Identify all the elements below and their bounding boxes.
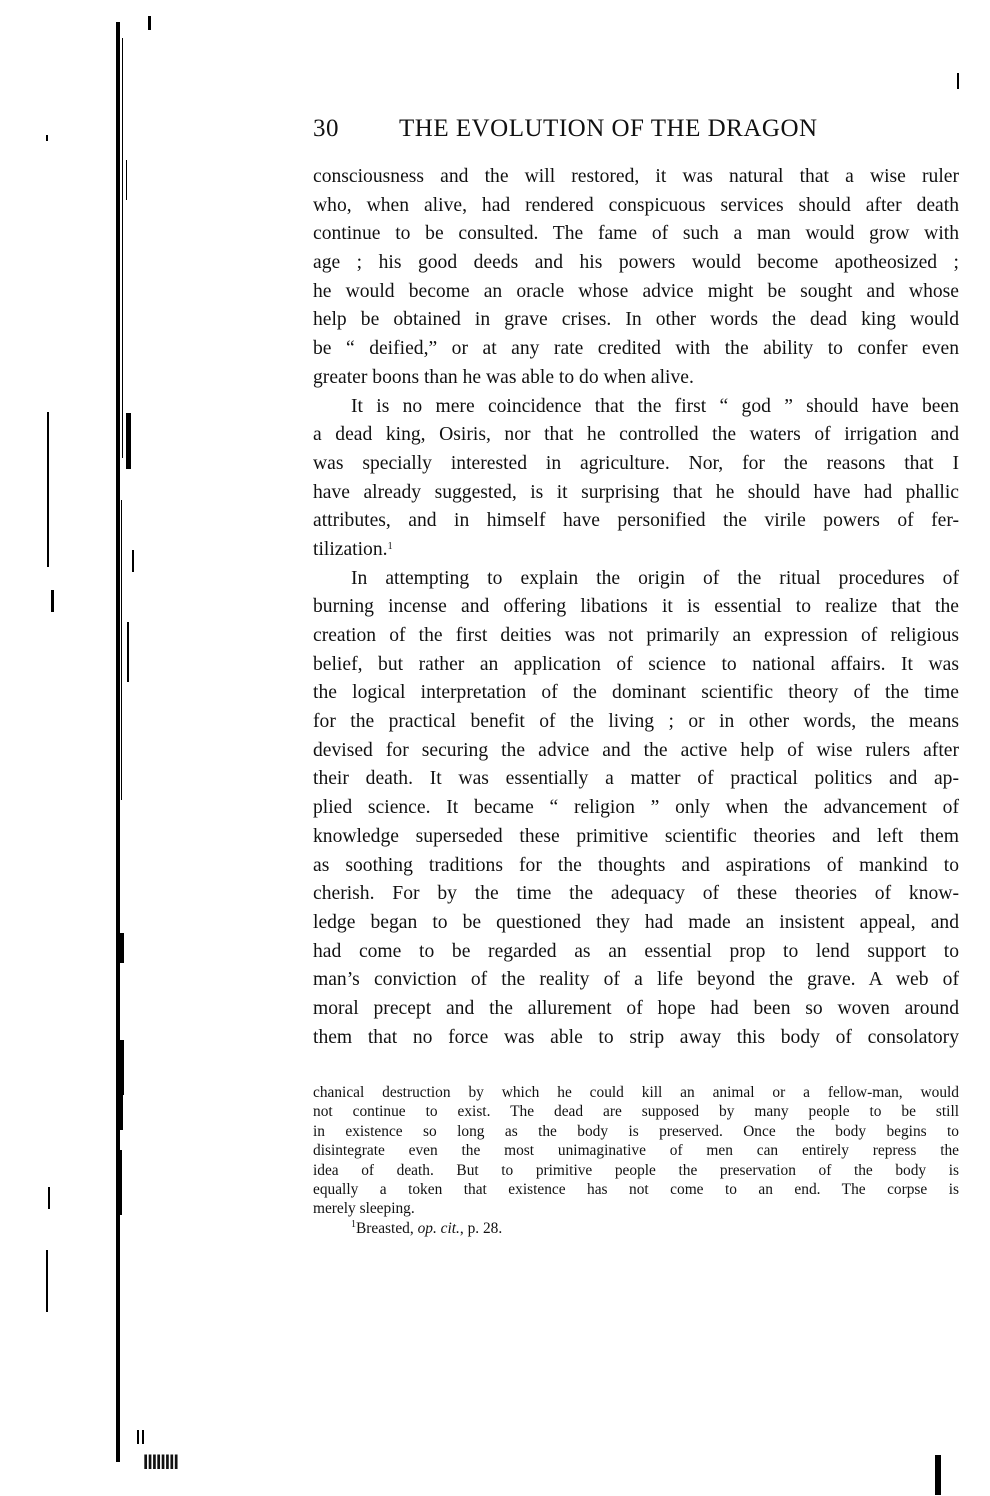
margin-speck: [46, 1250, 48, 1312]
text-line: as soothing traditions for the thoughts …: [313, 852, 959, 881]
line-text: was specially interested in agriculture.…: [313, 453, 959, 474]
line-text: cherish. For by the time the adequacy of…: [313, 883, 959, 904]
text-line: who, when alive, had rendered conspicuou…: [313, 192, 959, 221]
footnote-1: 1Breasted, op. cit., p. 28.: [313, 1219, 959, 1238]
text-line: for the practical benefit of the living …: [313, 708, 959, 737]
body-text: consciousness and the will restored, it …: [313, 163, 959, 1052]
footnote-line: disintegrate even the most unimaginative…: [313, 1141, 959, 1160]
footnote-reference[interactable]: 1: [388, 541, 393, 552]
text-line: tilization.1: [313, 536, 959, 565]
text-line: continue to be consulted. The fame of su…: [313, 220, 959, 249]
binding-edge-mark: [120, 933, 124, 963]
line-text: attributes, and in himself have personif…: [313, 510, 959, 531]
line-text: their death. It was essentially a matter…: [313, 768, 959, 789]
text-line: had come to be regarded as an essential …: [313, 938, 959, 967]
text-line: their death. It was essentially a matter…: [313, 765, 959, 794]
margin-speck: [148, 16, 151, 30]
footnote-line: in existence so long as the body is pres…: [313, 1122, 959, 1141]
binding-edge-mark: [132, 550, 134, 572]
footnote-line: idea of death. But to primitive people t…: [313, 1161, 959, 1180]
binding-edge-line-inner: [122, 38, 123, 458]
text-line: was specially interested in agriculture.…: [313, 450, 959, 479]
text-line: moral precept and the allurement of hope…: [313, 995, 959, 1024]
line-text: who, when alive, had rendered conspicuou…: [313, 195, 959, 216]
binding-edge-mark: [126, 413, 131, 469]
line-text: the logical interpretation of the domina…: [313, 682, 959, 703]
text-line: them that no force was able to strip awa…: [313, 1024, 959, 1053]
text-line: burning incense and offering libations i…: [313, 593, 959, 622]
footnotes: chanical destruction by which he could k…: [313, 1083, 959, 1238]
text-line: attributes, and in himself have personif…: [313, 507, 959, 536]
binding-edge-mark: [118, 1150, 122, 1215]
text-line: have already suggested, is it surprising…: [313, 479, 959, 508]
line-text: belief, but rather an application of sci…: [313, 654, 959, 675]
line-text: plied science. It became “ religion ” on…: [313, 797, 959, 818]
library-stamp: IIIIIIII: [143, 1451, 178, 1474]
margin-speck: [51, 590, 54, 612]
scanned-book-page: 30 THE EVOLUTION OF THE DRAGON conscious…: [0, 0, 990, 1496]
text-line: plied science. It became “ religion ” on…: [313, 794, 959, 823]
margin-speck: [47, 412, 49, 567]
text-line: In attempting to explain the origin of t…: [313, 565, 959, 594]
line-text: consciousness and the will restored, it …: [313, 166, 959, 187]
text-line: ledge began to be questioned they had ma…: [313, 909, 959, 938]
line-text: In attempting to explain the origin of t…: [351, 568, 959, 589]
text-line: age ; his good deeds and his powers woul…: [313, 249, 959, 278]
binding-edge-mark: [120, 1040, 124, 1095]
line-text: had come to be regarded as an essential …: [313, 941, 959, 962]
line-text: be “ deified,” or at any rate credited w…: [313, 338, 959, 359]
line-text: a dead king, Osiris, nor that he control…: [313, 424, 959, 445]
binding-edge-line-inner: [126, 160, 127, 200]
binding-edge-line-inner: [121, 500, 122, 800]
binding-edge-mark: [120, 1095, 123, 1130]
text-line: consciousness and the will restored, it …: [313, 163, 959, 192]
margin-speck: [46, 135, 48, 141]
text-line: the logical interpretation of the domina…: [313, 679, 959, 708]
line-text: knowledge superseded these primitive sci…: [313, 826, 959, 847]
footnote-citation: op. cit.: [418, 1220, 460, 1237]
running-header: 30 THE EVOLUTION OF THE DRAGON: [313, 115, 913, 149]
text-line: man’s conviction of the reality of a lif…: [313, 966, 959, 995]
text-line: he would become an oracle whose advice m…: [313, 278, 959, 307]
text-line: belief, but rather an application of sci…: [313, 651, 959, 680]
line-text: help be obtained in grave crises. In oth…: [313, 309, 959, 330]
line-text: greater boons than he was able to do whe…: [313, 367, 694, 388]
line-text: he would become an oracle whose advice m…: [313, 281, 959, 302]
text-line: knowledge superseded these primitive sci…: [313, 823, 959, 852]
footnote-line: equally a token that existence has not c…: [313, 1180, 959, 1199]
line-text: continue to be consulted. The fame of su…: [313, 223, 959, 244]
line-text: creation of the first deities was not pr…: [313, 625, 959, 646]
text-line: a dead king, Osiris, nor that he control…: [313, 421, 959, 450]
line-text: It is no mere coincidence that the first…: [351, 396, 959, 417]
footnote-continuation: chanical destruction by which he could k…: [313, 1083, 959, 1219]
margin-speck: [48, 1187, 50, 1209]
footnote-line: not continue to exist. The dead are supp…: [313, 1102, 959, 1121]
page-number: 30: [313, 115, 339, 143]
line-text: have already suggested, is it surprising…: [313, 482, 959, 503]
line-text: them that no force was able to strip awa…: [313, 1027, 959, 1048]
line-text: tilization.: [313, 539, 388, 560]
bottom-right-mark: [935, 1455, 941, 1495]
line-text: age ; his good deeds and his powers woul…: [313, 252, 959, 273]
footnote-line: chanical destruction by which he could k…: [313, 1083, 959, 1102]
right-edge-mark: [957, 73, 959, 89]
binding-edge-line: [116, 22, 120, 1462]
text-line: be “ deified,” or at any rate credited w…: [313, 335, 959, 364]
line-text: moral precept and the allurement of hope…: [313, 998, 959, 1019]
line-text: man’s conviction of the reality of a lif…: [313, 969, 959, 990]
text-line: greater boons than he was able to do whe…: [313, 364, 959, 393]
line-text: ledge began to be questioned they had ma…: [313, 912, 959, 933]
text-line: help be obtained in grave crises. In oth…: [313, 306, 959, 335]
footnote-line: merely sleeping.: [313, 1199, 959, 1218]
line-text: burning incense and offering libations i…: [313, 596, 959, 617]
margin-speck: [142, 1430, 144, 1444]
line-text: as soothing traditions for the thoughts …: [313, 855, 959, 876]
margin-speck: [137, 1430, 139, 1444]
text-line: cherish. For by the time the adequacy of…: [313, 880, 959, 909]
text-line: creation of the first deities was not pr…: [313, 622, 959, 651]
footnote-page: , p. 28.: [460, 1220, 502, 1237]
line-text: devised for securing the advice and the …: [313, 740, 959, 761]
running-title: THE EVOLUTION OF THE DRAGON: [399, 115, 818, 143]
text-line: devised for securing the advice and the …: [313, 737, 959, 766]
text-line: It is no mere coincidence that the first…: [313, 393, 959, 422]
binding-edge-mark: [127, 622, 129, 682]
line-text: for the practical benefit of the living …: [313, 711, 959, 732]
footnote-author: Breasted,: [356, 1220, 414, 1237]
